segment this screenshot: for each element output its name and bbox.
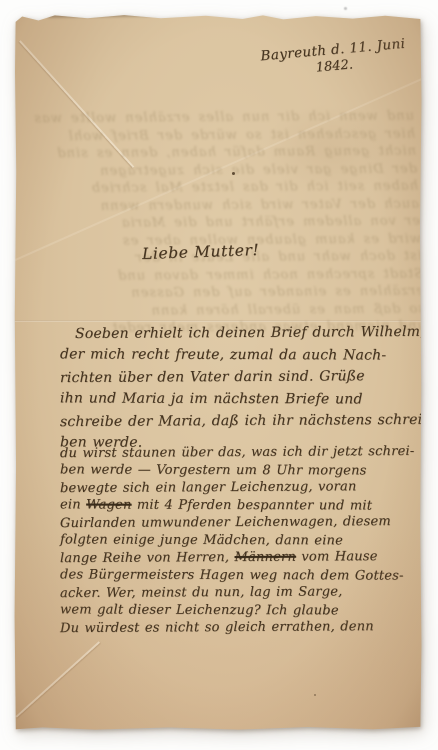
- letter-line: schreibe der Maria, daß ich ihr nächsten…: [60, 409, 416, 433]
- letter-line: ben werde — Vorgestern um 8 Uhr morgens: [60, 461, 418, 480]
- line-text: mit 4 Pferden bespannter und mit: [132, 497, 373, 513]
- line-text: folgten einige junge Mädchen, dann eine: [60, 532, 343, 548]
- letter-line: ein Wagen mit 4 Pferden bespannter und m…: [60, 496, 418, 515]
- letter-paper: und wenn ich dir nun alles erzählen woll…: [14, 14, 422, 731]
- paragraph-2: du wirst staunen über das, was ich dir j…: [60, 444, 418, 637]
- line-text: richten über den Vater darin sind. Grüße: [60, 368, 365, 386]
- show-through-line: erzählen es einander auf den Gassen: [32, 284, 422, 302]
- show-through-line: und wenn ich dir nun alles erzählen woll…: [22, 109, 414, 127]
- dust-speck: [344, 7, 347, 10]
- show-through-line: der Dinge gar viele die sich zugetragen: [25, 161, 417, 179]
- struck-word: Männern: [234, 550, 296, 565]
- letter-line: folgten einige junge Mädchen, dann eine: [60, 531, 418, 550]
- fold-crease-diagonal: [4, 73, 434, 266]
- paper-stain: [264, 104, 394, 194]
- show-through-line: haben seit ich dir das letzte Mal schrie…: [26, 179, 418, 197]
- line-text: des Bürgermeisters Hagen weg nach dem Go…: [60, 567, 404, 583]
- line-text: Du würdest es nicht so gleich errathen, …: [60, 619, 374, 636]
- line-text: ein: [60, 497, 86, 512]
- show-through-line: so daß man es überall hören kann: [33, 301, 422, 319]
- letter-line: Soeben erhielt ich deinen Brief durch Wi…: [60, 321, 416, 345]
- line-text: der mich recht freute, zumal da auch Nac…: [60, 346, 386, 363]
- ink-speck: [232, 172, 235, 175]
- letter-line: wem galt dieser Leichenzug? Ich glaube: [60, 601, 418, 620]
- salutation: Liebe Mutter!: [142, 241, 260, 263]
- letter-page: und wenn ich dir nun alles erzählen woll…: [14, 14, 422, 731]
- struck-word: Wagen: [86, 497, 131, 512]
- show-through-line: er von alledem erfährt und die Maria: [28, 214, 420, 232]
- line-text: wem galt dieser Leichenzug? Ich glaube: [60, 602, 339, 618]
- letter-line: des Bürgermeisters Hagen weg nach dem Go…: [60, 566, 418, 585]
- letter-line: ihn und Maria ja im nächsten Briefe und: [60, 387, 416, 410]
- fold-crease-bottom-left: [15, 641, 99, 717]
- line-text: du wirst staunen über das, was ich dir j…: [60, 444, 415, 461]
- scan-background: und wenn ich dir nun alles erzählen woll…: [0, 0, 438, 750]
- letter-line: acker. Wer, meinst du nun, lag im Sarge,: [60, 583, 418, 603]
- letter-line: Guirlanden umwundener Leichenwagen, dies…: [60, 513, 418, 533]
- dateline: Bayreuth d. 11. Juni 1842.: [260, 36, 407, 81]
- line-text: schreibe der Maria, daß ich ihr nächsten…: [60, 412, 427, 430]
- line-text: Guirlanden umwundener Leichenwagen, dies…: [60, 514, 391, 531]
- line-text: bewegte sich ein langer Leichenzug, vora…: [60, 479, 357, 496]
- letter-line: du wirst staunen über das, was ich dir j…: [60, 443, 418, 463]
- letter-line: richten über den Vater darin sind. Grüße: [60, 365, 416, 389]
- line-text: lange Reihe von Herren,: [60, 550, 235, 566]
- letter-line: lange Reihe von Herren, Männern vom Haus…: [60, 548, 418, 568]
- letter-line: der mich recht freute, zumal da auch Nac…: [60, 343, 416, 366]
- line-text: vom Hause: [296, 549, 378, 564]
- paragraph-1: Soeben erhielt ich deinen Brief durch Wi…: [60, 322, 416, 454]
- show-through-line: hier geschehen ist so würde der Brief wo…: [23, 126, 415, 144]
- line-text: ben werde — Vorgestern um 8 Uhr morgens: [60, 462, 367, 478]
- edge-smudge: [48, 12, 152, 17]
- line-text: acker. Wer, meinst du nun, lag im Sarge,: [60, 584, 343, 601]
- fold-crease-top-left: [19, 40, 134, 167]
- line-text: ihn und Maria ja im nächsten Briefe und: [60, 390, 363, 407]
- show-through-line: nicht genug Raum dafür haben, denn es si…: [24, 144, 416, 162]
- show-through-line: auch der Vater wird sich wundern wenn: [27, 196, 419, 214]
- line-text: Soeben erhielt ich deinen Brief durch Wi…: [75, 324, 425, 342]
- ink-speck: [314, 694, 316, 696]
- letter-line: bewegte sich ein langer Leichenzug, vora…: [60, 478, 418, 498]
- letter-line: Du würdest es nicht so gleich errathen, …: [60, 618, 418, 638]
- show-through-line: Stadt sprechen noch immer davon und: [31, 266, 422, 284]
